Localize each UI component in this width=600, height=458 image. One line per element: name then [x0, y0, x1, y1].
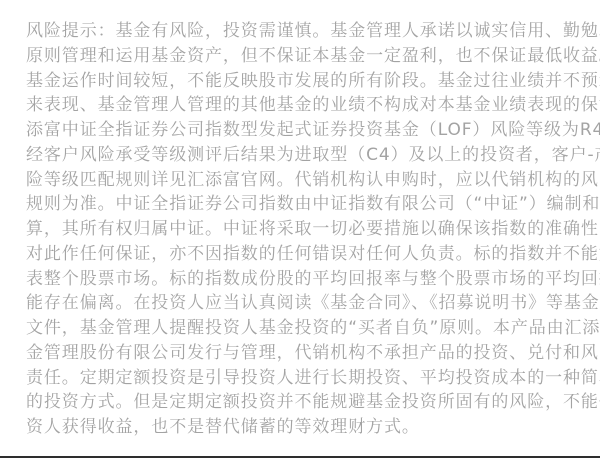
disclaimer-line: 来表现、基金管理人管理的其他基金的业绩不构成对本基金业绩表现的保证。汇: [26, 93, 576, 118]
disclaimer-line: 规则为准。中证全指证券公司指数由中证指数有限公司（“中证”）编制和计: [26, 192, 576, 217]
disclaimer-line: 原则管理和运用基金资产，但不保证本基金一定盈利，也不保证最低收益。我国: [26, 44, 576, 69]
disclaimer-line: 风险提示：基金有风险，投资需谨慎。基金管理人承诺以诚实信用、勤勉尽责的: [26, 19, 576, 44]
disclaimer-line: 添富中证全指证券公司指数型发起式证券投资基金（LOF）风险等级为R4，适合: [26, 118, 576, 143]
disclaimer-line: 算，其所有权归属中证。中证将采取一切必要措施以确保该指数的准确性，但不: [26, 217, 576, 242]
disclaimer-line: 经客户风险承受等级测评后结果为进取型（C4）及以上的投资者，客户-产品风: [26, 143, 576, 168]
disclaimer-line: 责任。定期定额投资是引导投资人进行长期投资、平均投资成本的一种简单易行: [26, 366, 576, 391]
disclaimer-line: 基金运作时间较短，不能反映股市发展的所有阶段。基金过往业绩并不预示其未: [26, 69, 576, 94]
disclaimer-line: 金管理股份有限公司发行与管理，代销机构不承担产品的投资、兑付和风险管理: [26, 341, 576, 366]
disclaimer-line: 资人获得收益，也不是替代储蓄的等效理财方式。: [26, 415, 576, 440]
disclaimer-line: 能存在偏离。在投资人应当认真阅读《基金合同》、《招募说明书》等基金法律: [26, 291, 576, 316]
disclaimer-line: 对此作任何保证，亦不因指数的任何错误对任何人负责。标的指数并不能完全代: [26, 242, 576, 267]
disclaimer-line: 的投资方式。但是定期定额投资并不能规避基金投资所固有的风险，不能保证投: [26, 390, 576, 415]
disclaimer-line: 表整个股票市场。标的指数成份股的平均回报率与整个股票市场的平均回报率可: [26, 267, 576, 292]
disclaimer-line: 险等级匹配规则详见汇添富官网。代销机构认申购时，应以代销机构的风险评级: [26, 168, 576, 193]
risk-disclaimer: 风险提示：基金有风险，投资需谨慎。基金管理人承诺以诚实信用、勤勉尽责的 原则管理…: [26, 19, 576, 440]
disclaimer-line: 文件，基金管理人提醒投资人基金投资的“买者自负”原则。本产品由汇添富基: [26, 316, 576, 341]
